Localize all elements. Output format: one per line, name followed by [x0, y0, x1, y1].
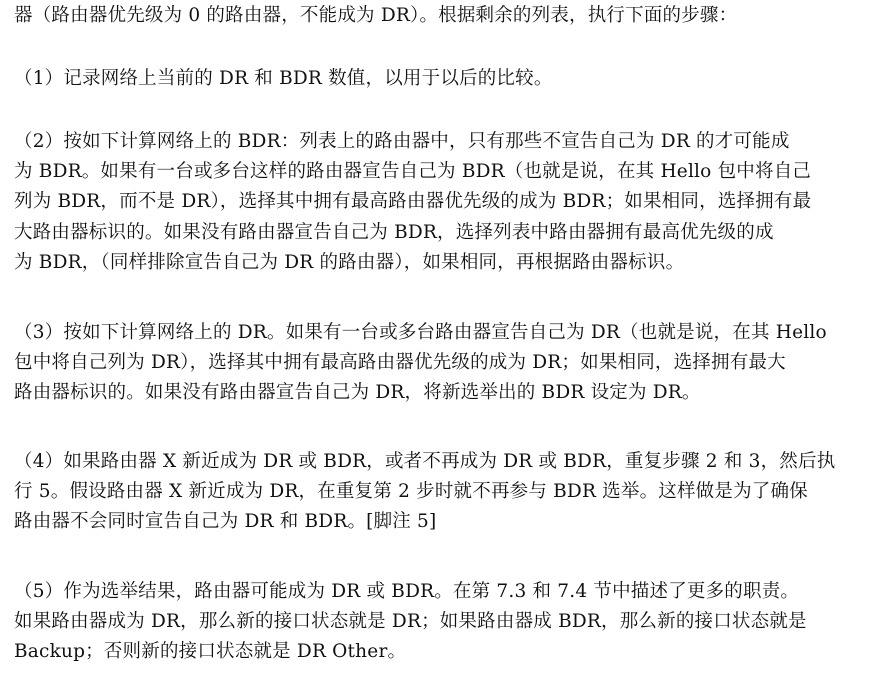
text-line: Backup；否则新的接口状态就是 DR Other。	[14, 640, 406, 664]
text-line: （3）按如下计算网络上的 DR。如果有一台或多台路由器宣告自己为 DR（也就是说…	[14, 321, 827, 345]
text-line: 为 BDR。如果有一台或多台这样的路由器宣告自己为 BDR（也就是说，在其 He…	[14, 160, 811, 184]
text-line: 路由器不会同时宣告自己为 DR 和 BDR。[脚注 5]	[14, 510, 436, 534]
text-line: 路由器标识的。如果没有路由器宣告自己为 DR，将新选举出的 BDR 设定为 DR…	[14, 381, 701, 405]
text-line: 为 BDR，（同样排除宣告自己为 DR 的路由器），如果相同，再根据路由器标识。	[14, 251, 684, 275]
text-line: （4）如果路由器 X 新近成为 DR 或 BDR，或者不再成为 DR 或 BDR…	[14, 450, 835, 474]
text-line: （1）记录网络上当前的 DR 和 BDR 数值，以用于以后的比较。	[14, 67, 553, 91]
text-line: 器（路由器优先级为 0 的路由器，不能成为 DR）。根据剩余的列表，执行下面的步…	[14, 4, 737, 28]
text-line: 包中将自己列为 DR），选择其中拥有最高路由器优先级的成为 DR；如果相同，选择…	[14, 351, 786, 375]
text-line: 如果路由器成为 DR，那么新的接口状态就是 DR；如果路由器成 BDR，那么新的…	[14, 610, 807, 634]
text-line: （2）按如下计算网络上的 BDR：列表上的路由器中，只有那些不宣告自己为 DR …	[14, 130, 790, 154]
text-line: 列为 BDR，而不是 DR），选择其中拥有最高路由器优先级的成为 BDR；如果相…	[14, 190, 811, 214]
text-line: 大路由器标识的。如果没有路由器宣告自己为 BDR，选择列表中路由器拥有最高优先级…	[14, 221, 774, 245]
text-line: （5）作为选举结果，路由器可能成为 DR 或 BDR。在第 7.3 和 7.4 …	[14, 580, 799, 604]
text-line: 行 5。假设路由器 X 新近成为 DR，在重复第 2 步时就不再参与 BDR 选…	[14, 480, 808, 504]
